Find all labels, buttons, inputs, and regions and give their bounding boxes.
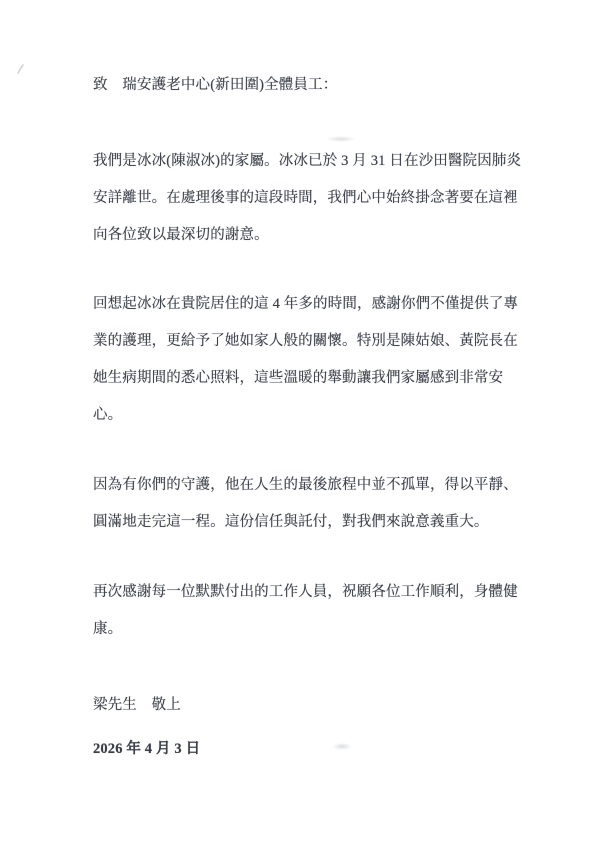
letter-paragraph-1: 我們是冰冰(陳淑冰)的家屬。冰冰已於 3 月 31 日在沙田醫院因肺炎 安詳離世… — [93, 143, 533, 254]
letter-paragraph-3: 因為有你們的守護，他在人生的最後旅程中並不孤單，得以平靜、 圓滿地走完這一程。這… — [93, 467, 533, 541]
letter-line: 心。 — [93, 397, 533, 434]
letter-line: 康。 — [93, 611, 533, 648]
letter-signature: 梁先生 敬上 — [93, 687, 533, 724]
letter-line: 回想起冰冰在貴院居住的這 4 年多的時間，感謝你們不僅提供了專 — [93, 286, 533, 323]
letter-body: 致 瑞安護老中心(新田圍)全體員工： 我們是冰冰(陳淑冰)的家屬。冰冰已於 3 … — [93, 0, 533, 768]
letter-paragraph-4: 再次感謝每一位默默付出的工作人員，祝願各位工作順利，身體健 康。 — [93, 574, 533, 648]
letter-page: 致 瑞安護老中心(新田圍)全體員工： 我們是冰冰(陳淑冰)的家屬。冰冰已於 3 … — [0, 0, 595, 842]
letter-greeting: 致 瑞安護老中心(新田圍)全體員工： — [93, 67, 533, 104]
scan-artifact-tick — [15, 62, 27, 76]
letter-line: 因為有你們的守護，他在人生的最後旅程中並不孤單，得以平靜、 — [93, 467, 533, 504]
letter-date: 2026 年 4 月 3 日 — [93, 731, 533, 768]
letter-line: 圓滿地走完這一程。這份信任與託付，對我們來說意義重大。 — [93, 504, 533, 541]
letter-line: 業的護理，更給予了她如家人般的關懷。特別是陳姑娘、黃院長在 — [93, 323, 533, 360]
letter-line: 安詳離世。在處理後事的這段時間，我們心中始終掛念著要在這裡 — [93, 180, 533, 217]
letter-line: 向各位致以最深切的謝意。 — [93, 217, 533, 254]
letter-paragraph-2: 回想起冰冰在貴院居住的這 4 年多的時間，感謝你們不僅提供了專 業的護理，更給予… — [93, 286, 533, 434]
letter-line: 再次感謝每一位默默付出的工作人員，祝願各位工作順利，身體健 — [93, 574, 533, 611]
letter-line: 我們是冰冰(陳淑冰)的家屬。冰冰已於 3 月 31 日在沙田醫院因肺炎 — [93, 143, 533, 180]
letter-line: 她生病期間的悉心照料，這些溫暖的舉動讓我們家屬感到非常安 — [93, 360, 533, 397]
